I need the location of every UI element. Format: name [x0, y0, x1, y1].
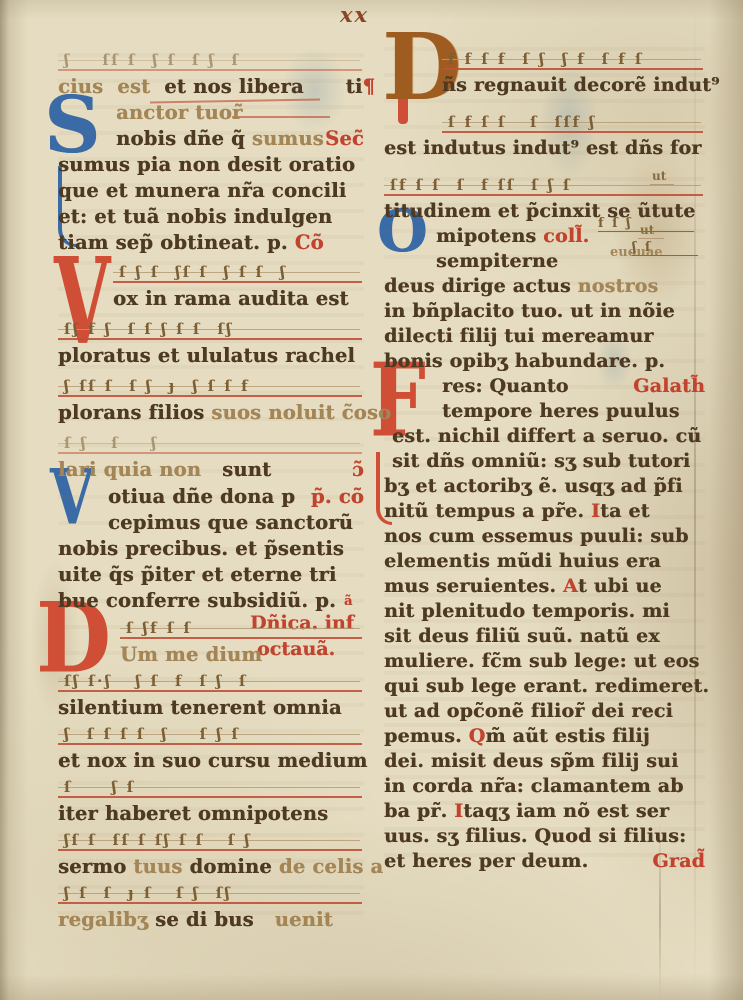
text-segment: nostros	[578, 274, 659, 298]
text-segment: uus. sʒ filius. Quod si filius:	[384, 824, 686, 848]
text-segment: cepimus que sanctorũ	[108, 510, 353, 535]
text-segment: ploratus et ululatus rachel	[58, 343, 355, 368]
music-staff: ſ f ſ ſ ſ ſſf ʃ	[442, 98, 705, 136]
text-line: nos cum essemus puuli: sub	[384, 524, 705, 549]
text-segment: tuus	[133, 854, 189, 879]
text-line: sumus pia non desit oratio	[58, 152, 364, 178]
text-line: in corda nr̃a: clamantem ab	[384, 774, 705, 799]
text-segment: que et munera nr̃a concili	[58, 178, 346, 203]
text-line: et heres per deum. Grad̃	[384, 849, 705, 874]
text-line: nit plenitudo temporis. mi	[384, 599, 705, 624]
text-line: elementis mũdi huius era	[384, 549, 705, 574]
text-segment: bʒ et actoribʒ ẽ. usqʒ ad p̃fi	[384, 474, 683, 498]
text-line: ñs regnauit decorẽ indut⁹	[442, 73, 705, 98]
text-line: dei. misit deus sp̃m filij sui	[384, 749, 705, 774]
text-segment: bonis opibʒ habundare. p.	[384, 349, 665, 373]
right-text-column: f f ſ f ſ ʃ ʃ f ſ f ſñs regnauit decorẽ …	[384, 35, 705, 874]
neumes: f f ſ f ſ ʃ ʃ f ſ f ſ	[448, 50, 644, 68]
text-segment: et nox in suo cursu medium	[58, 748, 368, 773]
text-segment: de celis a	[279, 854, 383, 879]
music-staff: ʃ ſſ ſ ʃ ſ ſ ʃ ſ	[58, 40, 364, 74]
text-line: sit deus filiũ suũ. natũ ex	[384, 624, 705, 649]
text-segment: res: Quanto	[442, 374, 575, 398]
text-segment: est indutus indut⁹ est dñs for	[384, 136, 702, 160]
neumes: ʃ ſſ ſ ſ ʃ ɟ ʃ ſ ſ f	[64, 377, 250, 395]
text-segment: se di bus	[155, 907, 261, 932]
text-line: res: Quanto Galath̃	[442, 374, 705, 399]
music-staff: ʃ ſ ſ ſ ſ ʃ ſ ʃ ſ	[58, 720, 364, 748]
text-segment: Sec̃	[325, 126, 364, 151]
text-segment: A	[563, 574, 578, 598]
text-line: dilecti filij tui mereamur	[384, 324, 705, 349]
folio-number: xx	[340, 2, 369, 27]
text-line: titudinem et p̃cinxit se ũtute	[384, 199, 705, 224]
text-segment: est. nichil differt a seruo. cũ	[392, 424, 701, 448]
text-segment: elementis mũdi huius era	[384, 549, 661, 573]
neumes: ſ ʃ ſ ʃſ ſ ʃ ſ ſ ʃ	[119, 263, 288, 281]
text-segment: qui sub lege erant. redimeret.	[384, 674, 709, 698]
text-segment: nobis dñe q̃	[116, 126, 252, 151]
text-segment: uite q̃s p̃iter et eterne tri	[58, 562, 336, 587]
text-segment: Q	[469, 724, 486, 748]
text-segment: anctor tuor̃	[116, 100, 242, 125]
text-line: est. nichil differt a seruo. cũ	[392, 424, 705, 449]
neumes: ſ ʃ ſ	[64, 778, 136, 796]
text-segment: sumus	[252, 126, 324, 151]
text-segment: silentium tenerent omnia	[58, 695, 342, 720]
text-line: muliere. fc̃m sub lege: ut eos	[384, 649, 705, 674]
text-line: est indutus indut⁹ est dñs for	[384, 136, 705, 161]
neumes: ſʃ ſ·ʃ ʃ ſ f ſ ʃ ſ	[64, 672, 248, 690]
manuscript-page-photo: xx S V V D D O F Dñica. inf octauã. ã eu…	[0, 0, 743, 1000]
text-segment: regalibʒ	[58, 907, 155, 932]
text-segment: nos cum essemus puuli: sub	[384, 524, 689, 548]
text-segment: I	[454, 799, 463, 823]
text-segment: et nos libera	[150, 74, 304, 99]
text-line: nobis dñe q̃ sumusSec̃	[116, 126, 364, 152]
text-segment: ba pr̃.	[384, 799, 454, 823]
text-segment: sit dñs omniũ: sʒ sub tutori	[392, 449, 690, 473]
text-line: deus dirige actus nostros	[384, 274, 705, 299]
neumes: ʃſ ſ ſſ ſ ſʃ ſ ſ ſ ʃ	[64, 831, 252, 849]
music-staff: ʃ ſſ ſ ſ ʃ ɟ ʃ ſ ſ f	[58, 370, 364, 400]
text-segment: ñs regnauit decorẽ indut⁹	[442, 73, 720, 97]
text-line: bue conferre subsidiũ. p.	[58, 588, 364, 614]
text-line: sermo tuus domine de celis a	[58, 854, 364, 879]
text-line: ploratus et ululatus rachel	[58, 343, 364, 370]
music-staff: f f ſ f ſ ʃ ʃ f ſ f ſ	[442, 35, 705, 73]
text-line: iter haberet omnipotens	[58, 801, 364, 826]
text-line: nitũ tempus a pr̃e. Ita et	[384, 499, 705, 524]
text-segment: ɔ̃	[352, 457, 364, 482]
neumes: ſ ʃf ſ ſ	[126, 619, 192, 637]
text-line: cepimus que sanctorũ	[108, 510, 364, 536]
text-line: regalibʒ se di bus uenit	[58, 907, 364, 932]
neumes: ſ ʃ ſ ʃ	[64, 434, 159, 452]
neumes: ſ f ſ ſ ſ ſſf ʃ	[448, 113, 597, 131]
neumes: ſf ſ ſ ſ f ſſ ſ ʃ ſ	[390, 176, 572, 194]
neumes: ʃ ſ ſ ſ ſ ʃ ſ ʃ ſ	[64, 725, 241, 743]
text-segment: domine	[189, 854, 278, 879]
text-segment: sunt	[208, 457, 271, 482]
text-segment: cius est	[58, 74, 150, 99]
text-segment: ta et	[600, 499, 650, 523]
text-line: pemus. Qm̃ aũt estis filij	[384, 724, 705, 749]
text-line: anctor tuor̃	[116, 100, 364, 126]
neumes: ʃ ſ ſ ɟ ſ ſ ʃ ſʃ	[64, 884, 232, 902]
text-segment: titudinem et p̃cinxit se ũtute	[384, 199, 695, 223]
text-line: qui sub lege erant. redimeret.	[384, 674, 705, 699]
text-segment: plorans filios	[58, 400, 211, 425]
text-segment: nit plenitudo temporis. mi	[384, 599, 670, 623]
text-line: sempiterne	[436, 249, 705, 274]
text-segment: lari quia non	[58, 457, 208, 482]
text-segment: suos noluit c̃oso	[211, 400, 391, 425]
text-segment: tiam sep̃ obtineat. p.	[58, 230, 295, 255]
text-segment: Grad̃	[652, 849, 705, 873]
text-segment: bue conferre subsidiũ. p.	[58, 588, 336, 613]
music-staff: ʃ ſ ſ ɟ ſ ſ ʃ ſʃ	[58, 879, 364, 907]
text-segment: Um me dium	[120, 642, 262, 667]
music-staff: ſ ʃ ſ ʃ	[58, 427, 364, 457]
music-staff: ſf ſ ſ ſ f ſſ ſ ʃ ſ	[384, 161, 705, 199]
text-segment: dilecti filij tui mereamur	[384, 324, 653, 348]
text-line: que et munera nr̃a concili	[58, 178, 364, 204]
text-segment: muliere. fc̃m sub lege: ut eos	[384, 649, 699, 673]
music-staff: ʃſ ſ ſſ ſ ſʃ ſ ſ ſ ʃ	[58, 826, 364, 854]
text-segment: iter haberet omnipotens	[58, 801, 328, 826]
text-segment: I	[591, 499, 600, 523]
text-segment: t ubi ue	[578, 574, 662, 598]
text-line: plorans filios suos noluit c̃oso	[58, 400, 364, 427]
text-segment: m̃ aũt estis filij	[485, 724, 649, 748]
text-line: silentium tenerent omnia	[58, 695, 364, 720]
text-segment: Galath̃	[633, 374, 705, 398]
music-staff: ſ ʃf ſ ſ	[120, 614, 364, 642]
text-line: sit dñs omniũ: sʒ sub tutori	[392, 449, 705, 474]
text-line: ba pr̃. Itaqʒ iam nõ est ser	[384, 799, 705, 824]
text-line: et nox in suo cursu medium	[58, 748, 364, 773]
text-line: uus. sʒ filius. Quod si filius:	[384, 824, 705, 849]
text-segment: pemus.	[384, 724, 469, 748]
music-staff: ſʃ f ʃ ſ ſ ʃ ſ ſ ſʃ	[58, 313, 364, 343]
text-line: ox in rama audita est	[113, 286, 364, 313]
text-segment: deus dirige actus	[384, 274, 578, 298]
text-line: et: et tuã nobis indulgen	[58, 204, 364, 230]
neumes: ʃ ſſ ſ ʃ ſ ſ ʃ ſ	[64, 51, 241, 69]
text-segment: nitũ tempus a pr̃e.	[384, 499, 591, 523]
text-segment: ut ad opc̃onẽ filior̃ dei reci	[384, 699, 673, 723]
music-staff: ſ ʃ ſ ʃſ ſ ʃ ſ ſ ʃ	[113, 256, 364, 286]
text-segment: dei. misit deus sp̃m filij sui	[384, 749, 679, 773]
text-line: tempore heres puulus	[442, 399, 705, 424]
text-segment: sit deus filiũ suũ. natũ ex	[384, 624, 660, 648]
left-text-column: ʃ ſſ ſ ʃ ſ ſ ʃ ſcius est et nos libera t…	[58, 40, 364, 932]
text-segment: uenit	[261, 907, 333, 932]
text-segment: nobis precibus. et p̃sentis	[58, 536, 344, 561]
music-staff: ſʃ ſ·ʃ ʃ ſ f ſ ʃ ſ	[58, 667, 364, 695]
text-segment: in corda nr̃a: clamantem ab	[384, 774, 684, 798]
text-line: mus seruientes. At ubi ue	[384, 574, 705, 599]
text-segment: et: et tuã nobis indulgen	[58, 204, 332, 229]
text-line: lari quia non suntɔ̃	[58, 457, 364, 484]
text-segment: p̃. cõ	[311, 484, 364, 509]
text-line: otiua dñe dona pp̃. cõ	[108, 484, 364, 510]
text-segment: taqʒ iam nõ est ser	[463, 799, 669, 823]
text-line: nobis precibus. et p̃sentis	[58, 536, 364, 562]
text-segment: et heres per deum.	[384, 849, 595, 873]
text-line: mipotens coll̃.	[436, 224, 705, 249]
text-segment: mus seruientes.	[384, 574, 563, 598]
text-segment: ti	[304, 74, 363, 99]
text-segment: in bñplacito tuo. ut in nõie	[384, 299, 675, 323]
text-line: bʒ et actoribʒ ẽ. usqʒ ad p̃fi	[384, 474, 705, 499]
text-segment: coll̃.	[543, 224, 589, 248]
text-segment: Cõ	[295, 230, 324, 255]
text-line: in bñplacito tuo. ut in nõie	[384, 299, 705, 324]
text-line: uite q̃s p̃iter et eterne tri	[58, 562, 364, 588]
text-segment: ox in rama audita est	[113, 286, 349, 311]
text-segment: mipotens	[436, 224, 543, 248]
text-segment: otiua dñe dona p	[108, 484, 295, 509]
text-line: cius est et nos libera ti¶	[58, 74, 364, 100]
text-line: bonis opibʒ habundare. p.	[384, 349, 705, 374]
text-segment: sumus pia non desit oratio	[58, 152, 355, 177]
text-line: ut ad opc̃onẽ filior̃ dei reci	[384, 699, 705, 724]
text-segment: sermo	[58, 854, 133, 879]
text-segment: ¶	[362, 74, 375, 99]
text-line: tiam sep̃ obtineat. p. Cõ	[58, 230, 364, 256]
text-segment: tempore heres puulus	[442, 399, 680, 423]
text-line: Um me dium	[120, 642, 364, 667]
neumes: ſʃ f ʃ ſ ſ ʃ ſ ſ ſʃ	[64, 320, 234, 338]
text-segment: sempiterne	[436, 249, 558, 273]
music-staff: ſ ʃ ſ	[58, 773, 364, 801]
